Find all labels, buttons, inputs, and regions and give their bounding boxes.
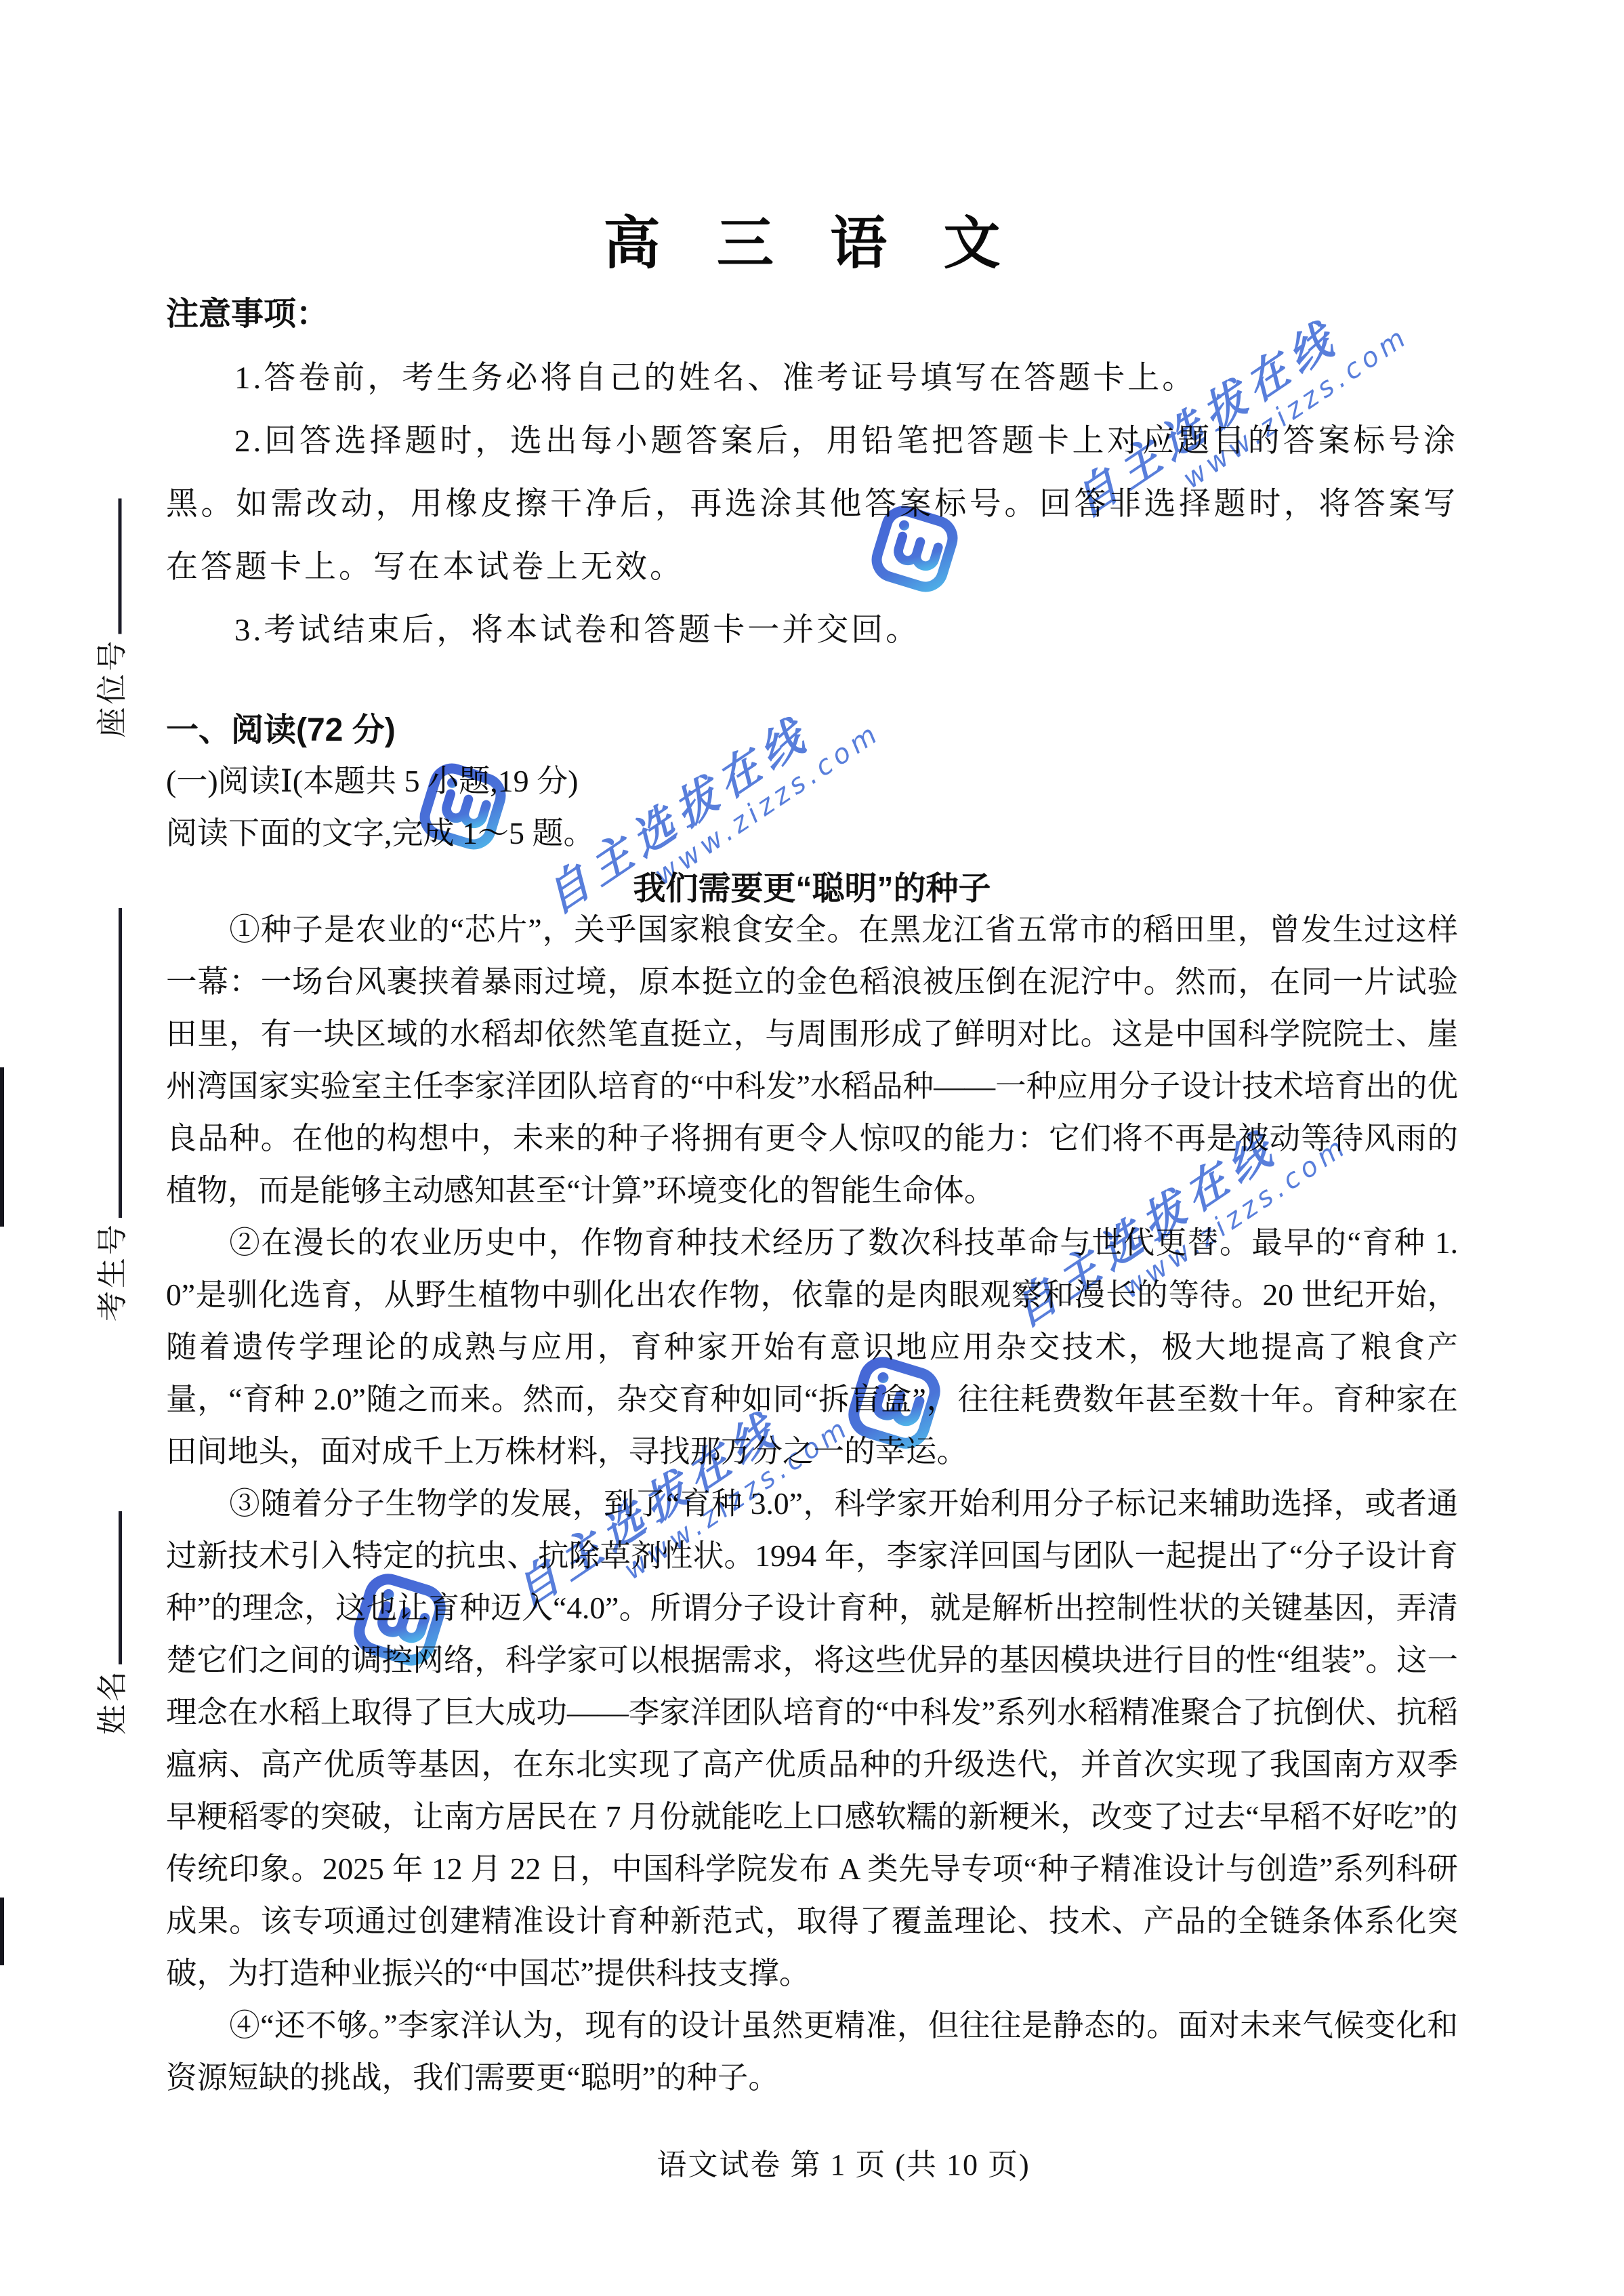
seat-number-seal-field: 座位号 [88,499,129,738]
candidate-number-seal-field: 考生号 [88,908,129,1321]
article-paragraph-2: ②在漫长的农业历史中，作物育种技术经历了数次科技革命与世代更替。最早的“育种 1… [166,1216,1458,1477]
page-title: 高 三 语 文 [0,198,1624,280]
notice-list: 1.答卷前，考生务必将自己的姓名、准考证号填写在答题卡上。 2.回答选择题时，选… [166,347,1458,662]
exam-paper-page: 高 三 语 文 注意事项： 1.答卷前，考生务必将自己的姓名、准考证号填写在答题… [0,0,1624,2296]
notice-item-2: 2.回答选择题时，选出每小题答案后，用铅笔把答题卡上对应题目的答案标号涂黑。如需… [166,410,1458,599]
article-paragraph-1: ①种子是农业的“芯片”，关乎国家粮食安全。在黑龙江省五常市的稻田里，曾发生过这样… [166,903,1458,1216]
article-paragraph-3: ③随着分子生物学的发展，到了“育种 3.0”，科学家开始利用分子标记来辅助选择，… [166,1477,1458,1999]
seat-number-blank-line [119,499,122,634]
article-paragraph-4: ④“还不够。”李家洋认为，现有的设计虽然更精准，但往往是静态的。面对未来气候变化… [166,1999,1458,2104]
notice-item-1: 1.答卷前，考生务必将自己的姓名、准考证号填写在答题卡上。 [166,347,1458,410]
name-seal-field: 姓名 [88,1511,129,1735]
notice-heading: 注意事项： [166,287,329,334]
page-footer: 语文试卷 第 1 页 (共 10 页) [0,2140,1624,2184]
subsection-heading-reading-1: (一)阅读Ⅰ(本题共 5 小题,19 分) [166,756,578,801]
name-blank-line [119,1511,122,1664]
candidate-number-label: 考生号 [97,1222,129,1321]
candidate-number-blank-line [119,908,122,1218]
name-label: 姓名 [97,1668,129,1735]
notice-item-3: 3.考试结束后，将本试卷和答题卡一并交回。 [166,599,1458,662]
scan-edge-mark [0,1898,4,1965]
reading-lead-in: 阅读下面的文字,完成 1～5 题。 [166,808,595,853]
section-heading-reading: 一、阅读(72 分) [166,703,396,750]
article-body: ①种子是农业的“芯片”，关乎国家粮食安全。在黑龙江省五常市的稻田里，曾发生过这样… [166,903,1458,2104]
scan-edge-mark [0,1067,4,1227]
seat-number-label: 座位号 [96,638,128,737]
article-title: 我们需要更“聪明”的种子 [166,862,1458,909]
